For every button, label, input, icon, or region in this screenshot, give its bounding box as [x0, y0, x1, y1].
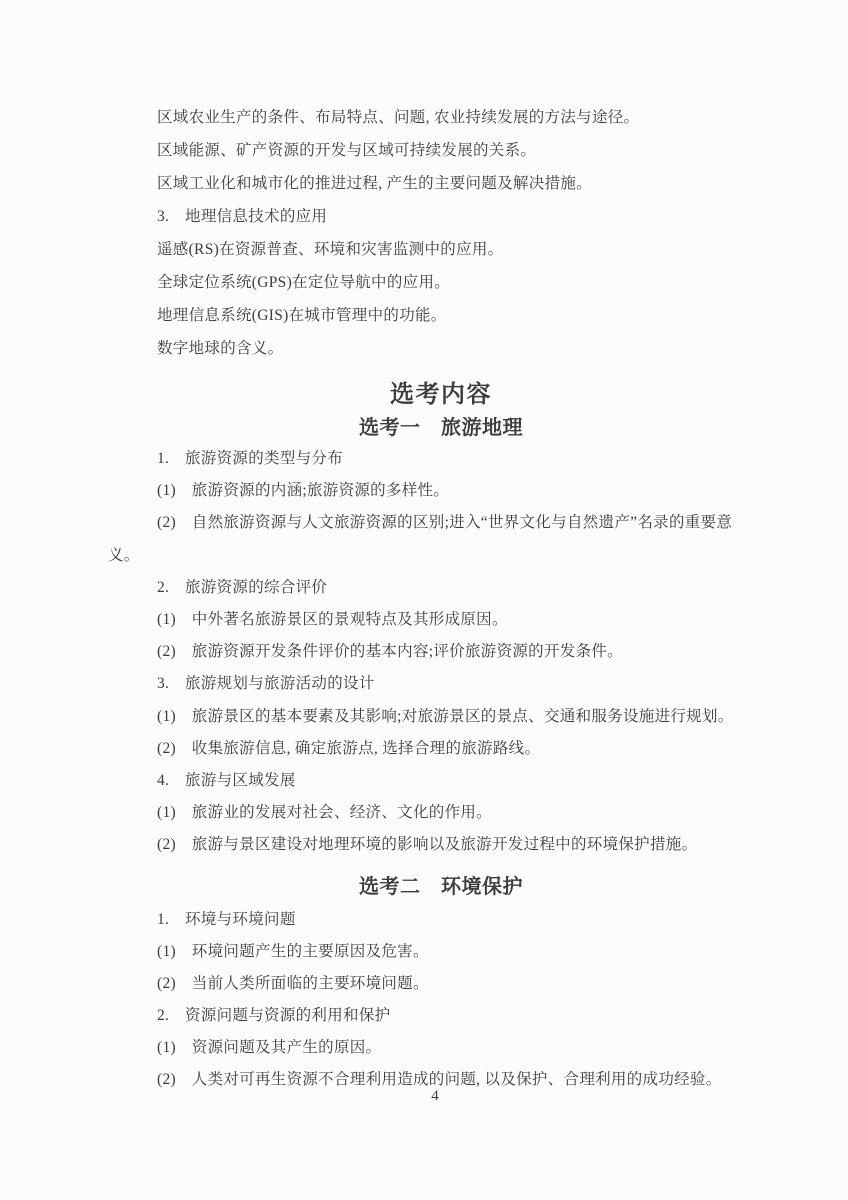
text-line: 遥感(RS)在资源普查、环境和灾害监测中的应用。	[108, 233, 758, 266]
text-line: 区域能源、矿产资源的开发与区域可持续发展的关系。	[108, 134, 758, 167]
continuation-line: 义。	[108, 540, 758, 572]
elective-one-section: 1. 旅游资源的类型与分布 (1) 旅游资源的内涵;旅游资源的多样性。 (2) …	[108, 443, 758, 861]
elective-two-section: 1. 环境与环境问题 (1) 环境问题产生的主要原因及危害。 (2) 当前人类所…	[108, 904, 758, 1096]
numbered-item-line: 2. 旅游资源的综合评价	[108, 572, 758, 604]
sub-item-line: (1) 资源问题及其产生的原因。	[108, 1032, 758, 1064]
sub-item-line: (2) 收集旅游信息, 确定旅游点, 选择合理的旅游路线。	[108, 733, 758, 765]
text-line: 区域工业化和城市化的推进过程, 产生的主要问题及解决措施。	[108, 167, 758, 200]
text-line: 全球定位系统(GPS)在定位导航中的应用。	[108, 266, 758, 299]
section-title-elective-content: 选考内容	[17, 381, 848, 409]
sub-item-line: (2) 旅游与景区建设对地理环境的影响以及旅游开发过程中的环境保护措施。	[108, 829, 758, 861]
text-line: 数字地球的含义。	[108, 332, 758, 365]
sub-item-line: (1) 旅游业的发展对社会、经济、文化的作用。	[108, 797, 758, 829]
document-page: 区域农业生产的条件、布局特点、问题, 农业持续发展的方法与途径。 区域能源、矿产…	[0, 0, 848, 1200]
text-line: 地理信息系统(GIS)在城市管理中的功能。	[108, 299, 758, 332]
sub-item-line: (1) 中外著名旅游景区的景观特点及其形成原因。	[108, 604, 758, 636]
numbered-item-line: 1. 环境与环境问题	[108, 904, 758, 936]
page-number: 4	[11, 1086, 848, 1106]
sub-item-line: (2) 旅游资源开发条件评价的基本内容;评价旅游资源的开发条件。	[108, 636, 758, 668]
section-title-elective-two-environmental-protection: 选考二 环境保护	[17, 874, 848, 900]
text-line: 区域农业生产的条件、布局特点、问题, 农业持续发展的方法与途径。	[108, 101, 758, 134]
compulsory-content-tail-section: 区域农业生产的条件、布局特点、问题, 农业持续发展的方法与途径。 区域能源、矿产…	[108, 101, 758, 365]
numbered-item-line: 2. 资源问题与资源的利用和保护	[108, 1000, 758, 1032]
sub-item-line: (2) 当前人类所面临的主要环境问题。	[108, 968, 758, 1000]
numbered-item-line: 3. 旅游规划与旅游活动的设计	[108, 668, 758, 700]
numbered-item-line: 1. 旅游资源的类型与分布	[108, 443, 758, 475]
sub-item-line: (1) 旅游景区的基本要素及其影响;对旅游景区的景点、交通和服务设施进行规划。	[108, 701, 758, 733]
sub-item-line: (2) 自然旅游资源与人文旅游资源的区别;进入“世界文化与自然遗产”名录的重要意	[108, 507, 758, 539]
section-title-elective-one-tourism-geography: 选考一 旅游地理	[17, 415, 848, 441]
sub-item-line: (1) 环境问题产生的主要原因及危害。	[108, 936, 758, 968]
sub-item-line: (1) 旅游资源的内涵;旅游资源的多样性。	[108, 475, 758, 507]
numbered-item-line: 3. 地理信息技术的应用	[108, 200, 758, 233]
numbered-item-line: 4. 旅游与区域发展	[108, 765, 758, 797]
